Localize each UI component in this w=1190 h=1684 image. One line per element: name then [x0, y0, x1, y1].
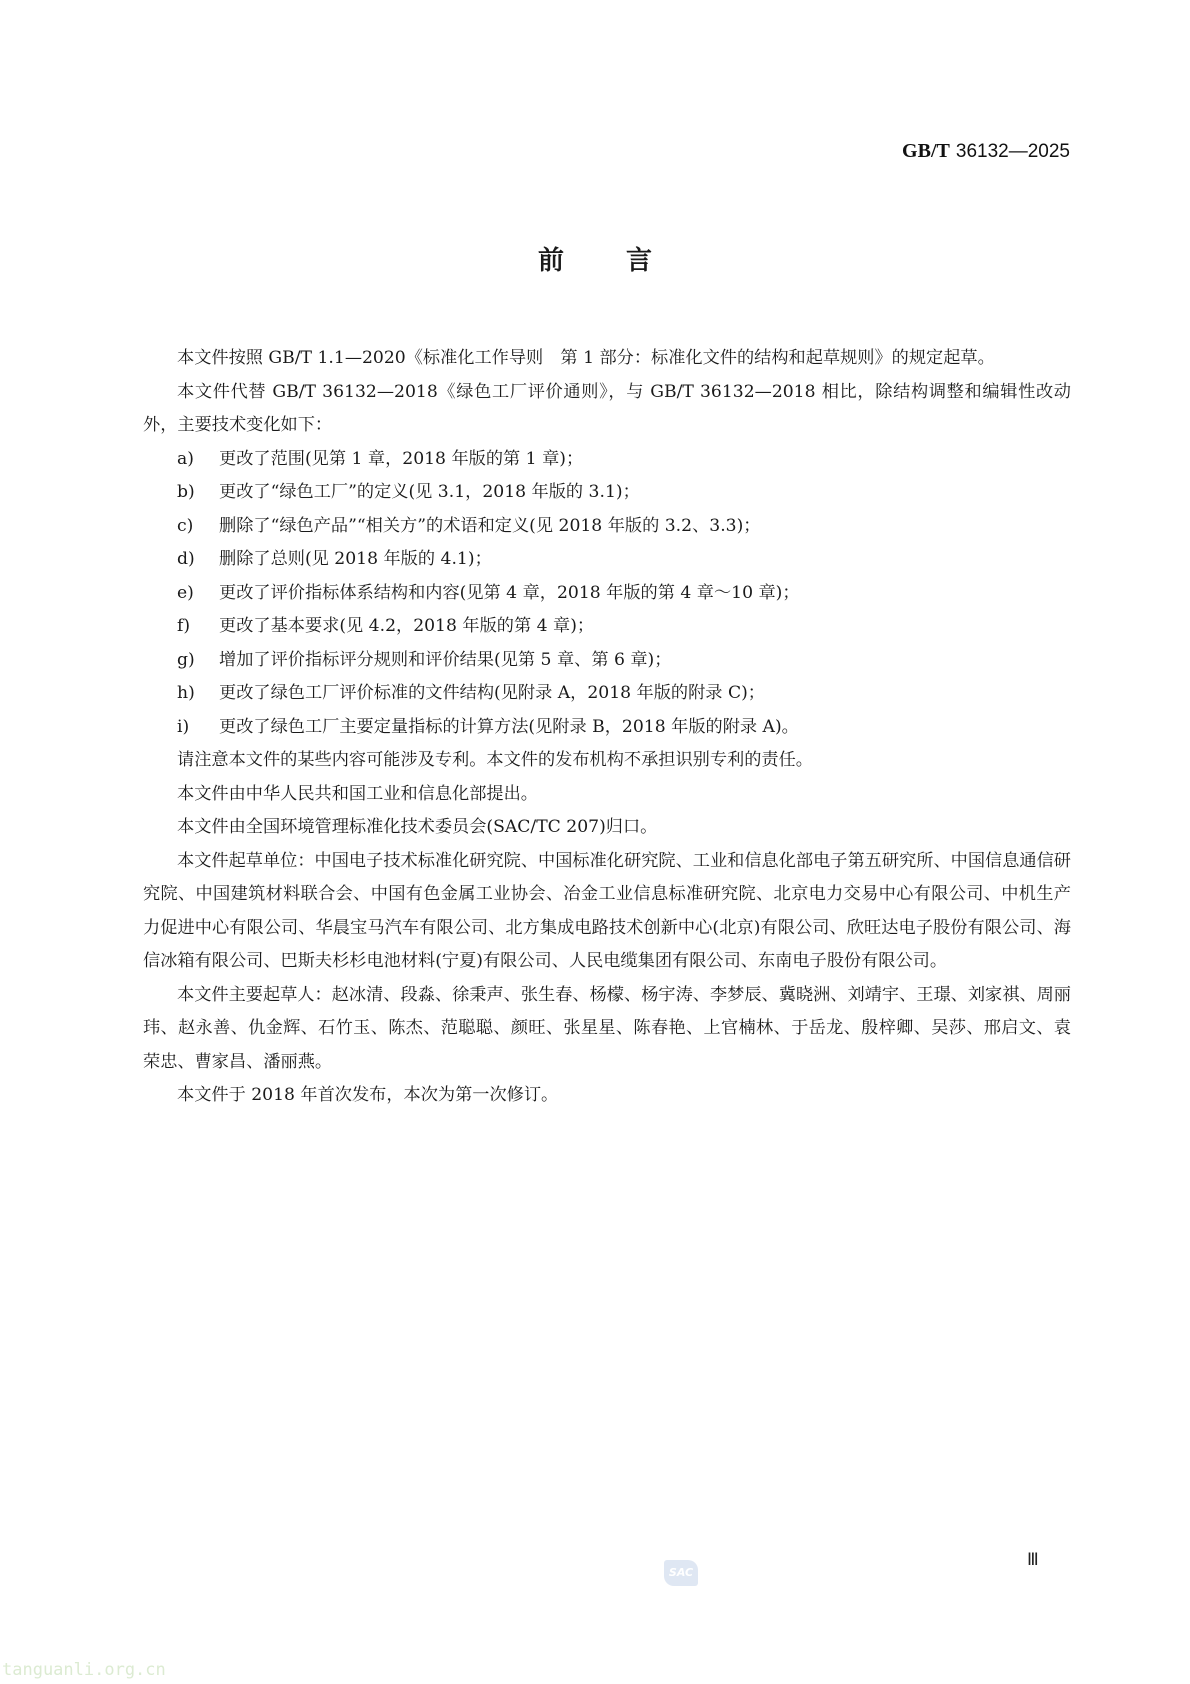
change-item: e)更改了评价指标体系结构和内容(见第 4 章，2018 年版的第 4 章～10… — [143, 577, 1071, 611]
item-marker: i) — [177, 711, 219, 745]
item-text: 更改了绿色工厂评价标准的文件结构(见附录 A，2018 年版的附录 C)； — [219, 677, 1071, 711]
change-item: b)更改了“绿色工厂”的定义(见 3.1，2018 年版的 3.1)； — [143, 476, 1071, 510]
paragraph-replacement: 本文件代替 GB/T 36132—2018《绿色工厂评价通则》，与 GB/T 3… — [143, 376, 1071, 443]
item-marker: c) — [177, 510, 219, 544]
change-item: i)更改了绿色工厂主要定量指标的计算方法(见附录 B，2018 年版的附录 A)… — [143, 711, 1071, 745]
page-title: 前言 — [0, 240, 1190, 277]
paragraph-drafting-units: 本文件起草单位：中国电子技术标准化研究院、中国标准化研究院、工业和信息化部电子第… — [143, 845, 1071, 979]
item-text: 删除了“绿色产品”“相关方”的术语和定义(见 2018 年版的 3.2、3.3)… — [219, 510, 1071, 544]
paragraph-proposed-by: 本文件由中华人民共和国工业和信息化部提出。 — [143, 778, 1071, 812]
item-marker: g) — [177, 644, 219, 678]
paragraph-publication-history: 本文件于 2018 年首次发布，本次为第一次修订。 — [143, 1079, 1071, 1113]
standard-code: GB/T 36132—2025 — [902, 140, 1070, 163]
item-marker: h) — [177, 677, 219, 711]
item-marker: f) — [177, 610, 219, 644]
item-text: 更改了“绿色工厂”的定义(见 3.1，2018 年版的 3.1)； — [219, 476, 1071, 510]
title-char-2: 言 — [626, 240, 652, 277]
paragraph-patent-notice: 请注意本文件的某些内容可能涉及专利。本文件的发布机构不承担识别专利的责任。 — [143, 744, 1071, 778]
paragraph-drafting-basis: 本文件按照 GB/T 1.1—2020《标准化工作导则 第 1 部分：标准化文件… — [143, 342, 1071, 376]
watermark: tanguanli.org.cn — [2, 1660, 166, 1680]
change-item: c)删除了“绿色产品”“相关方”的术语和定义(见 2018 年版的 3.2、3.… — [143, 510, 1071, 544]
item-text: 删除了总则(见 2018 年版的 4.1)； — [219, 543, 1071, 577]
item-text: 更改了范围(见第 1 章，2018 年版的第 1 章)； — [219, 443, 1071, 477]
item-text: 增加了评价指标评分规则和评价结果(见第 5 章、第 6 章)； — [219, 644, 1071, 678]
item-marker: a) — [177, 443, 219, 477]
item-marker: b) — [177, 476, 219, 510]
standard-number: 36132—2025 — [956, 141, 1070, 162]
item-marker: e) — [177, 577, 219, 611]
change-item: f)更改了基本要求(见 4.2，2018 年版的第 4 章)； — [143, 610, 1071, 644]
sac-logo-icon: SAC — [664, 1560, 698, 1586]
foreword-body: 本文件按照 GB/T 1.1—2020《标准化工作导则 第 1 部分：标准化文件… — [143, 342, 1071, 1113]
change-item: g)增加了评价指标评分规则和评价结果(见第 5 章、第 6 章)； — [143, 644, 1071, 678]
change-item: a)更改了范围(见第 1 章，2018 年版的第 1 章)； — [143, 443, 1071, 477]
item-text: 更改了评价指标体系结构和内容(见第 4 章，2018 年版的第 4 章～10 章… — [219, 577, 1071, 611]
change-item: d)删除了总则(见 2018 年版的 4.1)； — [143, 543, 1071, 577]
item-text: 更改了基本要求(见 4.2，2018 年版的第 4 章)； — [219, 610, 1071, 644]
item-text: 更改了绿色工厂主要定量指标的计算方法(见附录 B，2018 年版的附录 A)。 — [219, 711, 1071, 745]
change-item: h)更改了绿色工厂评价标准的文件结构(见附录 A，2018 年版的附录 C)； — [143, 677, 1071, 711]
page-number: Ⅲ — [1027, 1550, 1039, 1570]
paragraph-under-jurisdiction: 本文件由全国环境管理标准化技术委员会(SAC/TC 207)归口。 — [143, 811, 1071, 845]
paragraph-drafters: 本文件主要起草人：赵冰清、段淼、徐秉声、张生春、杨檬、杨宇涛、李梦辰、冀晓洲、刘… — [143, 979, 1071, 1080]
item-marker: d) — [177, 543, 219, 577]
title-char-1: 前 — [538, 240, 564, 277]
standard-prefix: GB/T — [902, 140, 950, 162]
